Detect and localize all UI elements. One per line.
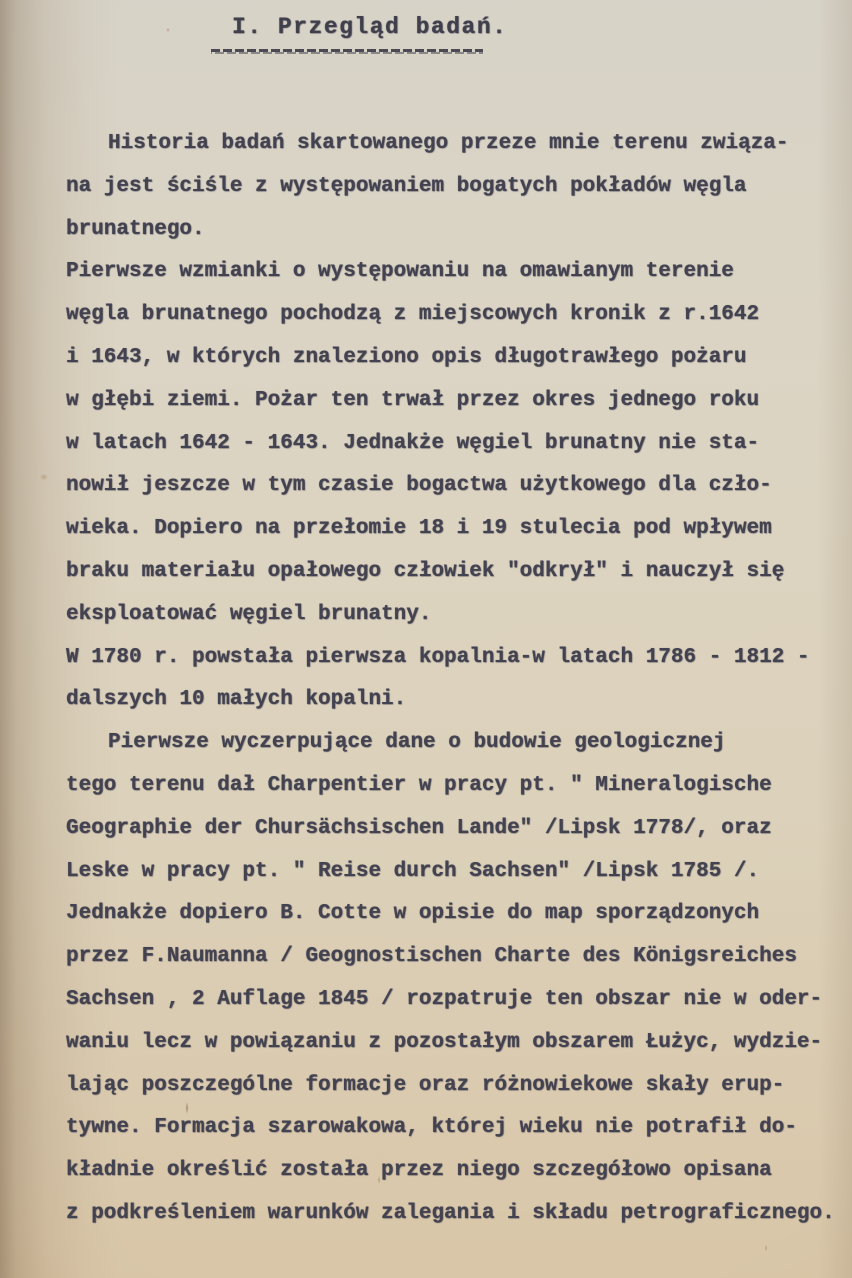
text-line: wieka. Dopiero na przełomie 18 i 19 stul… bbox=[66, 508, 841, 551]
text-line: Pierwsze wyczerpujące dane o budowie geo… bbox=[66, 722, 841, 765]
text-line: tywne. Formacja szarowakowa, której wiek… bbox=[66, 1107, 841, 1150]
section-title: I. Przegląd badań. bbox=[232, 14, 507, 40]
text-line: Historia badań skartowanego przeze mnie … bbox=[66, 123, 841, 166]
document-body: Historia badań skartowanego przeze mnie … bbox=[66, 123, 841, 1236]
text-line: dalszych 10 małych kopalni. bbox=[66, 679, 841, 722]
text-line: eksploatować węgiel brunatny. bbox=[66, 594, 841, 637]
title-underline bbox=[211, 49, 483, 54]
text-line: Pierwsze wzmianki o występowaniu na omaw… bbox=[66, 251, 841, 294]
text-line: tego terenu dał Charpentier w pracy pt. … bbox=[66, 765, 841, 808]
text-line: i 1643, w których znaleziono opis długot… bbox=[66, 337, 841, 380]
text-line: Sachsen , 2 Auflage 1845 / rozpatruje te… bbox=[66, 979, 841, 1022]
text-line: w głębi ziemi. Pożar ten trwał przez okr… bbox=[66, 380, 841, 423]
text-line: Geographie der Chursächsischen Lande" /L… bbox=[66, 808, 841, 851]
text-line: waniu lecz w powiązaniu z pozostałym obs… bbox=[66, 1022, 841, 1065]
text-line: lając poszczególne formacje oraz różnowi… bbox=[66, 1065, 841, 1108]
text-line: nowił jeszcze w tym czasie bogactwa użyt… bbox=[66, 465, 841, 508]
text-line: w latach 1642 - 1643. Jednakże węgiel br… bbox=[66, 423, 841, 466]
scanned-document-page: I. Przegląd badań. Historia badań skarto… bbox=[0, 0, 852, 1278]
text-line: na jest ściśle z występowaniem bogatych … bbox=[66, 166, 841, 209]
text-line: braku materiału opałowego człowiek "odkr… bbox=[66, 551, 841, 594]
text-line: Jednakże dopiero B. Cotte w opisie do ma… bbox=[66, 893, 841, 936]
text-line: W 1780 r. powstała pierwsza kopalnia-w l… bbox=[66, 637, 841, 680]
text-line: przez F.Naumanna / Geognostischen Charte… bbox=[66, 936, 841, 979]
text-line: węgla brunatnego pochodzą z miejscowych … bbox=[66, 294, 841, 337]
text-line: z podkreśleniem warunków zalegania i skł… bbox=[66, 1193, 841, 1236]
text-line: kładnie określić została przez niego szc… bbox=[66, 1150, 841, 1193]
text-line: Leske w pracy pt. " Reise durch Sachsen"… bbox=[66, 851, 841, 894]
text-line: brunatnego. bbox=[66, 209, 841, 252]
